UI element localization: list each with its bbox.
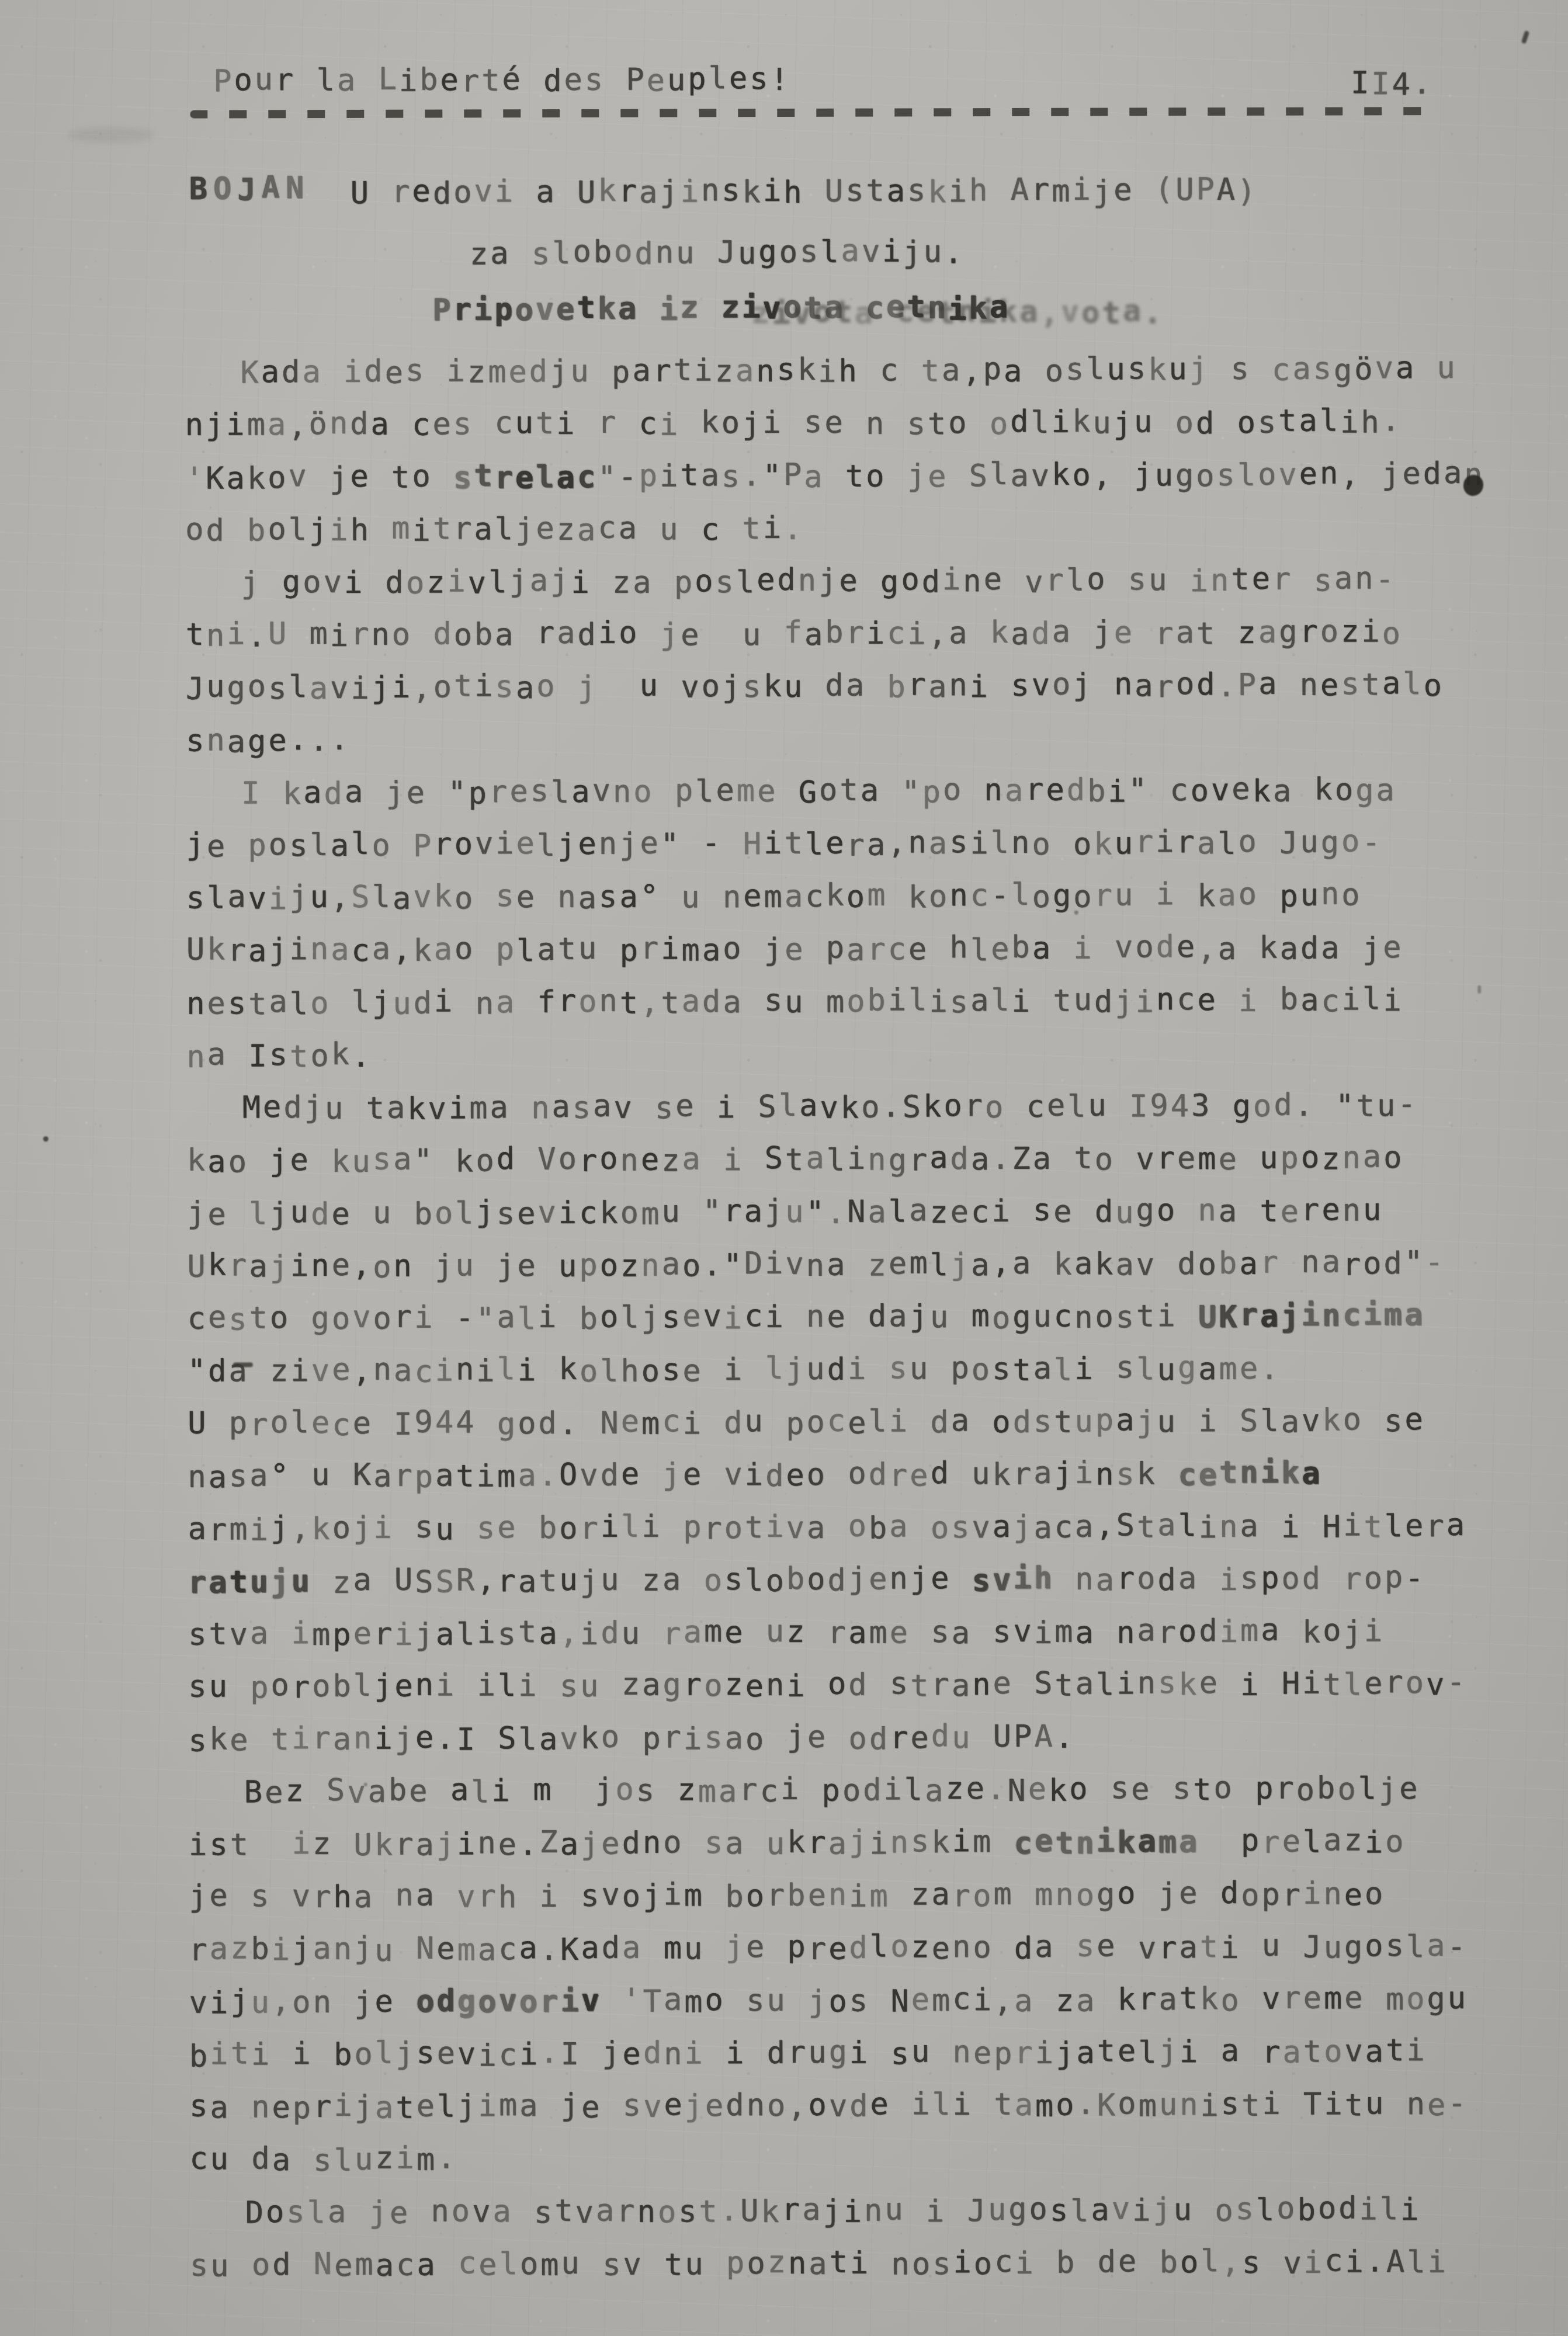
body-line: ratuju za USSR,ratuju za oslobodjenje sv…	[188, 1552, 1526, 1608]
body-line: na Istok.	[186, 1026, 1524, 1082]
body-line: Kada ides izmedju partizanskih c ta,pa o…	[185, 343, 1522, 399]
body-line: je ljude u boljsevickomu "raju".Nalazeci…	[187, 1184, 1525, 1240]
body-line: njima,önda ces cuti r ci koji se n sto o…	[185, 395, 1523, 452]
body-line: "da zive,nacinili kolhose i ljudi su pos…	[188, 1342, 1525, 1398]
body-line: Dosla je nova stvarnost.Ukrajinu i Jugos…	[190, 2183, 1528, 2239]
body-line: 'Kakov je to strelac"-pitas."Pa to je Sl…	[185, 448, 1523, 504]
body-line: j govi dozivljaji za poslednje godine vr…	[185, 553, 1523, 609]
body-line: Medju takvima nasav se i Slavko.Skoro ce…	[187, 1079, 1525, 1135]
page-number: II4.	[1351, 66, 1433, 101]
body-line: viju,on je odgovoriv 'Tamo su jos Nemci,…	[189, 1973, 1527, 2029]
body-line: od boljih mitraljezaca u c ti.	[185, 501, 1523, 557]
body-line: cu da sluzim.	[189, 2130, 1527, 2186]
margin-note-bojan: BOJAN	[189, 171, 310, 206]
body-line: Jugoslaviji,otisao j u vojsku da brani s…	[186, 658, 1524, 714]
body-line: razbijanju Nemaca.Kada mu je predlozeno …	[189, 1920, 1527, 1976]
body-line: slaviju,Slavko se nasa° u nemackom konc-…	[186, 869, 1524, 925]
body-line: sa neprijateljima je svejedno,ovde ili t…	[189, 2078, 1527, 2134]
body-line: Bez Svabe ali m jos zmarci podilaze.Neko…	[189, 1762, 1527, 1818]
title-line-1: U redovi a Ukrajinskih Ustaskih Armije (…	[351, 173, 1258, 210]
scanned-page: Pour la Liberté des Peuples! II4. BOJAN …	[0, 0, 1568, 2336]
body-line: U prolece I944 god. Nemci du poceli da o…	[188, 1394, 1525, 1450]
body-line: su porobljeni ili su zagrozeni od strane…	[188, 1657, 1526, 1713]
body-line: tni.U mirno doba radio je u fabrici,a ka…	[185, 606, 1523, 662]
body-line: cesto govori -"ali boljsevici ne daju mo…	[188, 1289, 1525, 1345]
body-line: je poslalo Provieljenje" - Hitlera,nasil…	[186, 816, 1524, 872]
body-line: kao je kusa" kod Voroneza i Stalingrada.…	[187, 1131, 1525, 1188]
stray-ink-dash	[233, 1362, 253, 1367]
title-line-2: za slobodnu Jugoslaviju.	[470, 234, 965, 270]
paper-smudge	[67, 127, 155, 143]
body-line: su od Nemaca celomu sv tu poznati nosioc…	[190, 2236, 1528, 2292]
body-line: armij,koji su se borili protiva oba osva…	[188, 1500, 1525, 1556]
subtitle-overtype-ghost: zivota cetnika,vota.	[751, 294, 1164, 331]
body-line: Ukrajine,on ju je upoznao."Divna zemlja,…	[187, 1237, 1525, 1293]
paper-speck	[43, 1136, 48, 1141]
body-line: stva imperijalista,idu rame uz rame sa s…	[188, 1605, 1526, 1661]
dashed-underline	[190, 107, 1434, 119]
body-line: Ukrajinaca,kao platu primao je parce hle…	[186, 921, 1524, 977]
header-slogan: Pour la Liberté des Peuples!	[213, 62, 791, 99]
body-line: snage...	[186, 711, 1524, 767]
body-line: nasa° u Karpatima.Ovde je video odred uk…	[188, 1447, 1525, 1503]
body-line: I kada je "preslavno pleme Gota "po nare…	[186, 763, 1524, 820]
body-line: je s vrha na vrh i svojim borbenim zarom…	[189, 1868, 1527, 1924]
paper-speck	[1521, 30, 1529, 44]
body-line: biti i boljsevici.I jedni i drugi su nep…	[189, 2025, 1527, 2081]
body-line: nestalo ljudi na front,tada su mobilisal…	[186, 974, 1524, 1030]
page-content: Pour la Liberté des Peuples! II4. BOJAN …	[0, 0, 1568, 2336]
body-line: ist iz Ukrajine.Zajedno sa ukrajinskim c…	[189, 1815, 1527, 1871]
body-line: ske tiranije.I Slavko prisao je odredu U…	[188, 1710, 1526, 1766]
body-text: Kada ides izmedju partizanskih c ta,pa o…	[185, 343, 1528, 2292]
